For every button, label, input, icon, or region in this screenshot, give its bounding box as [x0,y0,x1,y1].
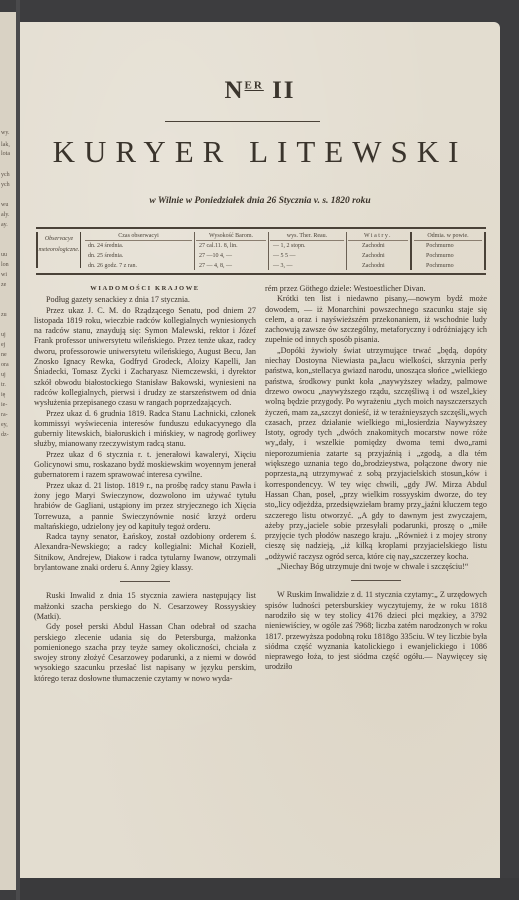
meteo-cell: — 3, — [270,261,344,271]
meteo-col-winds: Wiatry. Zachodni Zachodni Zachodni [348,232,408,270]
newspaper-page: NER II KURYER LITEWSKI w Wilnie w Ponied… [20,22,500,878]
letter-quote: „Dopóki żywioły świat utrzymujące trwać … [265,346,487,562]
right-column: rém przez Göthego dziele: Westoestlicher… [265,284,487,673]
meteo-cell: Zachodni [348,241,408,251]
issue-prefix-sup: ER [245,80,264,92]
scan-background [20,878,519,900]
meteo-divider [410,232,412,270]
article-paragraph: Przez ukaz d 6 stycznia r. t. jenerałowi… [34,450,256,481]
meteo-divider [194,232,195,270]
meteo-cell: 27 —10 4, — [196,251,266,261]
meteo-cell: 27 cal.11. 8, lin. [196,241,266,251]
meteo-header: wys. Ther. Reau. [270,232,344,241]
meteo-header: Czas obserwacyi [85,232,192,241]
meteorological-table: Observacye meteorologiczne. Czas obserwa… [36,227,486,275]
issue-number-value: II [272,77,295,104]
adjacent-page-fragment: ne [1,352,7,359]
meteo-divider [268,232,269,270]
section-divider [120,581,170,582]
article-paragraph: Przez ukaz d. 6 grudnia 1819. Radca Stan… [34,409,256,450]
meteo-cell: dn. 25 średnia. [85,251,192,261]
meteo-header: Wiatry. [348,232,408,241]
meteo-cell: Zachodni [348,251,408,261]
adjacent-page-fragment: ie- [1,402,7,409]
adjacent-page-fragment: ych [1,172,10,179]
adjacent-page-fragment: ze [1,282,6,289]
article-paragraph: Przez ukaz d. 21 listop. 1819 r., na pro… [34,481,256,532]
meteo-cell: Pochmurno [414,261,482,271]
meteo-col-weather: Odmia. w powie. Pochmurno Pochmurno Poch… [414,232,482,270]
adjacent-page-fragment: zu [1,312,7,319]
adjacent-page-edge: wy. lak, lota ych ych wu aly. ay. uu lon… [0,12,16,890]
adjacent-page-fragment: uj [1,372,6,379]
adjacent-page-fragment: wu [1,202,8,209]
adjacent-page-fragment: uj [1,332,6,339]
masthead-title: KURYER LITEWSKI [20,134,500,170]
article-paragraph: W Ruskim Inwalidzie z d. 11 stycznia czy… [265,590,487,672]
adjacent-page-fragment: ora [1,362,9,369]
left-column: WIADOMOŚCI KRAJOWE Podług gazety senacki… [34,284,256,684]
adjacent-page-fragment: aly. [1,212,9,219]
issue-number: NER II [20,77,500,105]
meteo-cell: Pochmurno [414,251,482,261]
meteo-right-border [484,232,486,270]
section-divider [351,580,401,581]
article-paragraph: rém przez Göthego dziele: Westoestlicher… [265,284,487,294]
article-paragraph: Ruski Inwalid z dnia 15 stycznia zawiera… [34,591,256,622]
meteo-col-time: Czas obserwacyi dn. 24 średnia. dn. 25 ś… [85,232,192,270]
adjacent-page-fragment: ey, [1,422,8,429]
adjacent-page-fragment: ej [1,342,5,349]
meteo-header: Odmia. w powie. [414,232,482,241]
article-paragraph: Krótki ten list i niedawno pisany,—nowym… [265,294,487,345]
meteo-cell: Zachodni [348,261,408,271]
meteo-cell: 27 — 4, 8, — [196,261,266,271]
adjacent-page-fragment: ay. [1,222,8,229]
article-paragraph: Radca tayny senator, Łańskoy, został ozd… [34,532,256,573]
adjacent-page-fragment: uu [1,252,7,259]
adjacent-page-fragment: ych [1,182,10,189]
issue-prefix: N [224,77,244,104]
dateline: w Wilnie w Poniedziałek dnia 26 Stycznia… [20,196,500,206]
meteo-col-barometer: Wysokość Barom. 27 cal.11. 8, lin. 27 —1… [196,232,266,270]
meteo-col-thermometer: wys. Ther. Reau. — 1, 2 stopn. — 5 5 — —… [270,232,344,270]
meteo-divider [346,232,347,270]
adjacent-page-fragment: ię [1,392,5,399]
adjacent-page-fragment: tr. [1,382,6,389]
meteo-cell: dn. 26 godz. 7 z ran. [85,261,192,271]
meteo-cell: — 5 5 — [270,251,344,261]
meteo-header: Wysokość Barom. [196,232,266,241]
adjacent-page-fragment: wy. [1,130,9,137]
meteo-label: Observacye meteorologiczne. [36,232,81,268]
article-paragraph: Gdy poseł perski Abdul Hassan Chan odebr… [34,622,256,684]
adjacent-page-fragment: wi [1,272,7,279]
masthead-rule [165,121,320,122]
article-paragraph: Podług gazety senackiey z dnia 17 styczn… [34,295,256,305]
letter-closing: „Niechay Bóg utrzymuje dni twoje w chwal… [265,562,487,572]
adjacent-page-fragment: lon [1,262,9,269]
adjacent-page-fragment: lak, [1,142,10,149]
meteo-cell: dn. 24 średnia. [85,241,192,251]
adjacent-page-fragment: lota [1,151,10,158]
section-title-domestic-news: WIADOMOŚCI KRAJOWE [34,284,256,294]
article-paragraph: Przez ukaz J. C. M. do Rządzącego Senatu… [34,306,256,409]
meteo-cell: — 1, 2 stopn. [270,241,344,251]
meteo-cell: Pochmurno [414,241,482,251]
adjacent-page-fragment: ra- [1,412,8,419]
adjacent-page-fragment: dz- [1,432,9,439]
